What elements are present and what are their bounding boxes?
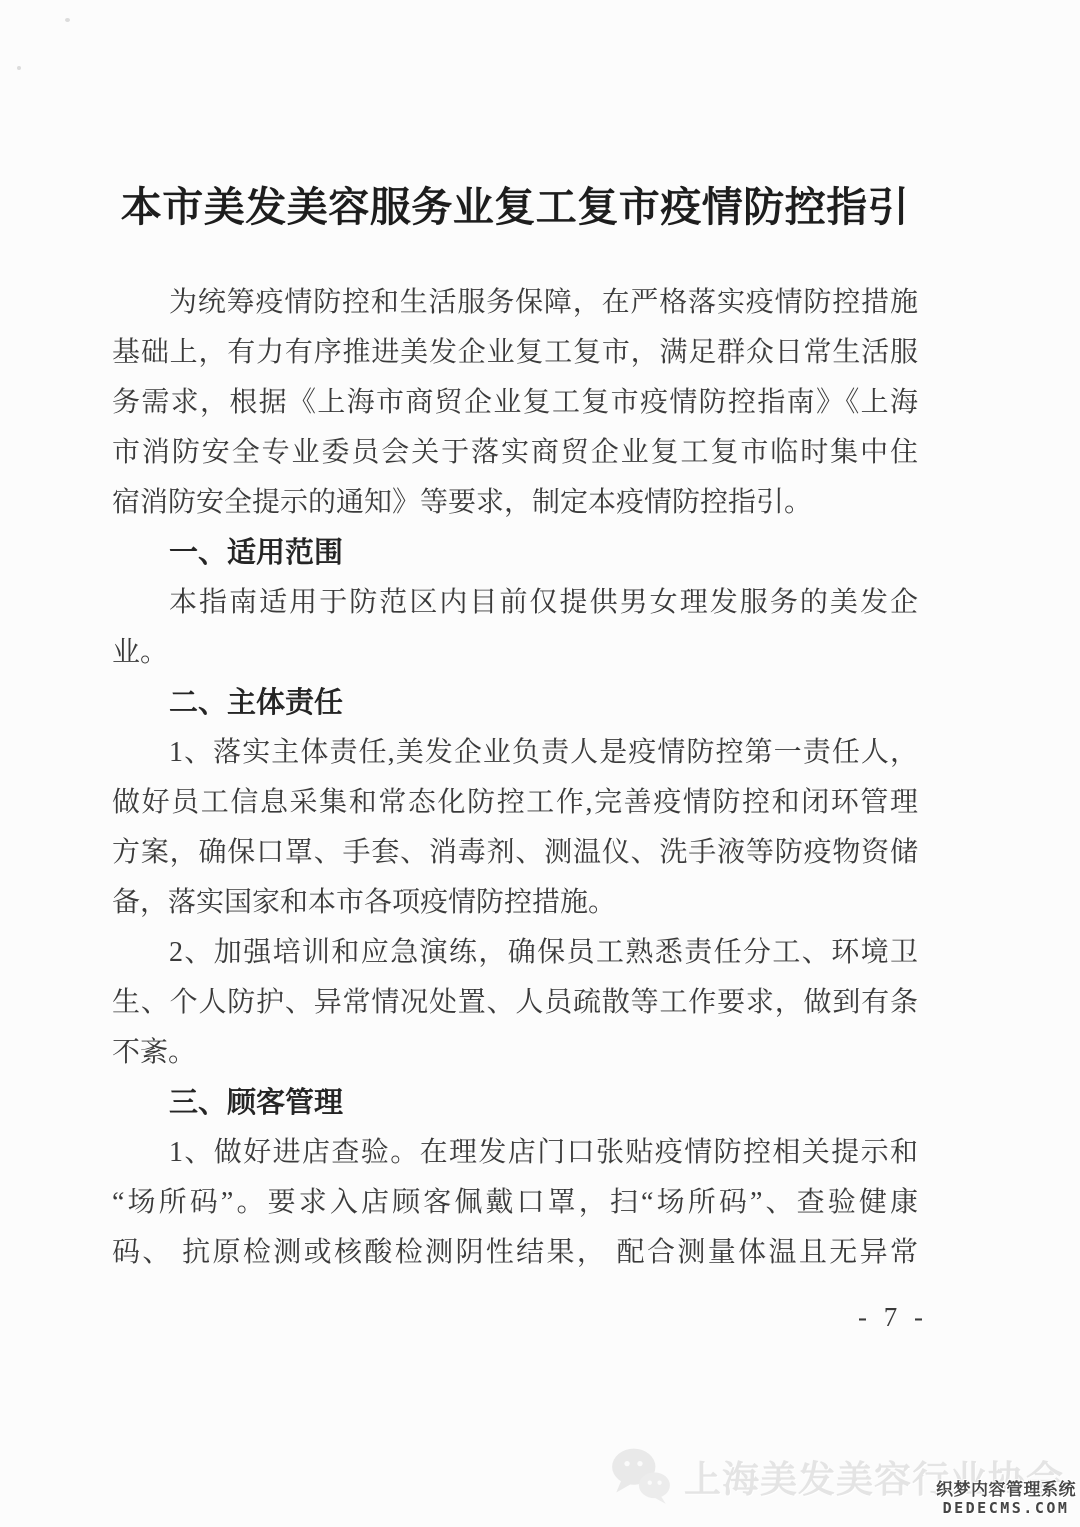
scanned-document-page: 本市美发美容服务业复工复市疫情防控指引 为统筹疫情防控和生活服务保障，在严格落实… [0, 0, 1080, 1527]
cms-watermark: 织梦内容管理系统 DEDECMS.COM [936, 1481, 1076, 1516]
text-line: 1、做好进店查验。在理发店门口张贴疫情防控相关提示和 [112, 1128, 918, 1178]
document-title: 本市美发美容服务业复工复市疫情防控指引 [112, 174, 918, 233]
text-line: 做好员工信息采集和常态化防控工作,完善疫情防控和闭环管理 [112, 778, 918, 828]
text-line: 为统筹疫情防控和生活服务保障，在严格落实疫情防控措施 [112, 278, 918, 328]
text-line: 生、个人防护、异常情况处置、人员疏散等工作要求，做到有条 [112, 978, 918, 1028]
text-line: 本指南适用于防范区内目前仅提供男女理发服务的美发企 [112, 578, 918, 628]
cms-watermark-cn: 织梦内容管理系统 [936, 1481, 1076, 1500]
text-line: “场所码”。要求入店顾客佩戴口罩，扫“场所码”、查验健康 [112, 1178, 918, 1228]
section-heading-1: 一、适用范围 [112, 528, 918, 578]
document-body: 为统筹疫情防控和生活服务保障，在严格落实疫情防控措施 基础上，有力有序推进美发企… [112, 278, 918, 1278]
page-number: - 7 - [112, 1302, 928, 1333]
text-line: 备，落实国家和本市各项疫情防控措施。 [112, 878, 918, 928]
text-line: 业。 [112, 628, 918, 678]
section-heading-2: 二、主体责任 [112, 678, 918, 728]
section-heading-3: 三、顾客管理 [112, 1078, 918, 1128]
text-line: 1、落实主体责任,美发企业负责人是疫情防控第一责任人， [112, 728, 918, 778]
wechat-icon [608, 1443, 674, 1509]
text-line: 不紊。 [112, 1028, 918, 1078]
text-line: 2、加强培训和应急演练，确保员工熟悉责任分工、环境卫 [112, 928, 918, 978]
text-line: 基础上，有力有序推进美发企业复工复市，满足群众日常生活服 [112, 328, 918, 378]
text-line: 市消防安全专业委员会关于落实商贸企业复工复市临时集中住 [112, 428, 918, 478]
scan-speck [65, 18, 70, 22]
scan-speck [17, 66, 21, 70]
text-line: 务需求，根据《上海市商贸企业复工复市疫情防控指南》《上海 [112, 378, 918, 428]
text-line: 码、 抗原检测或核酸检测阴性结果， 配合测量体温且无异常 [112, 1228, 918, 1278]
cms-watermark-en: DEDECMS.COM [936, 1500, 1076, 1517]
text-line: 宿消防安全提示的通知》等要求，制定本疫情防控指引。 [112, 478, 918, 528]
text-line: 方案，确保口罩、手套、消毒剂、测温仪、洗手液等防疫物资储 [112, 828, 918, 878]
